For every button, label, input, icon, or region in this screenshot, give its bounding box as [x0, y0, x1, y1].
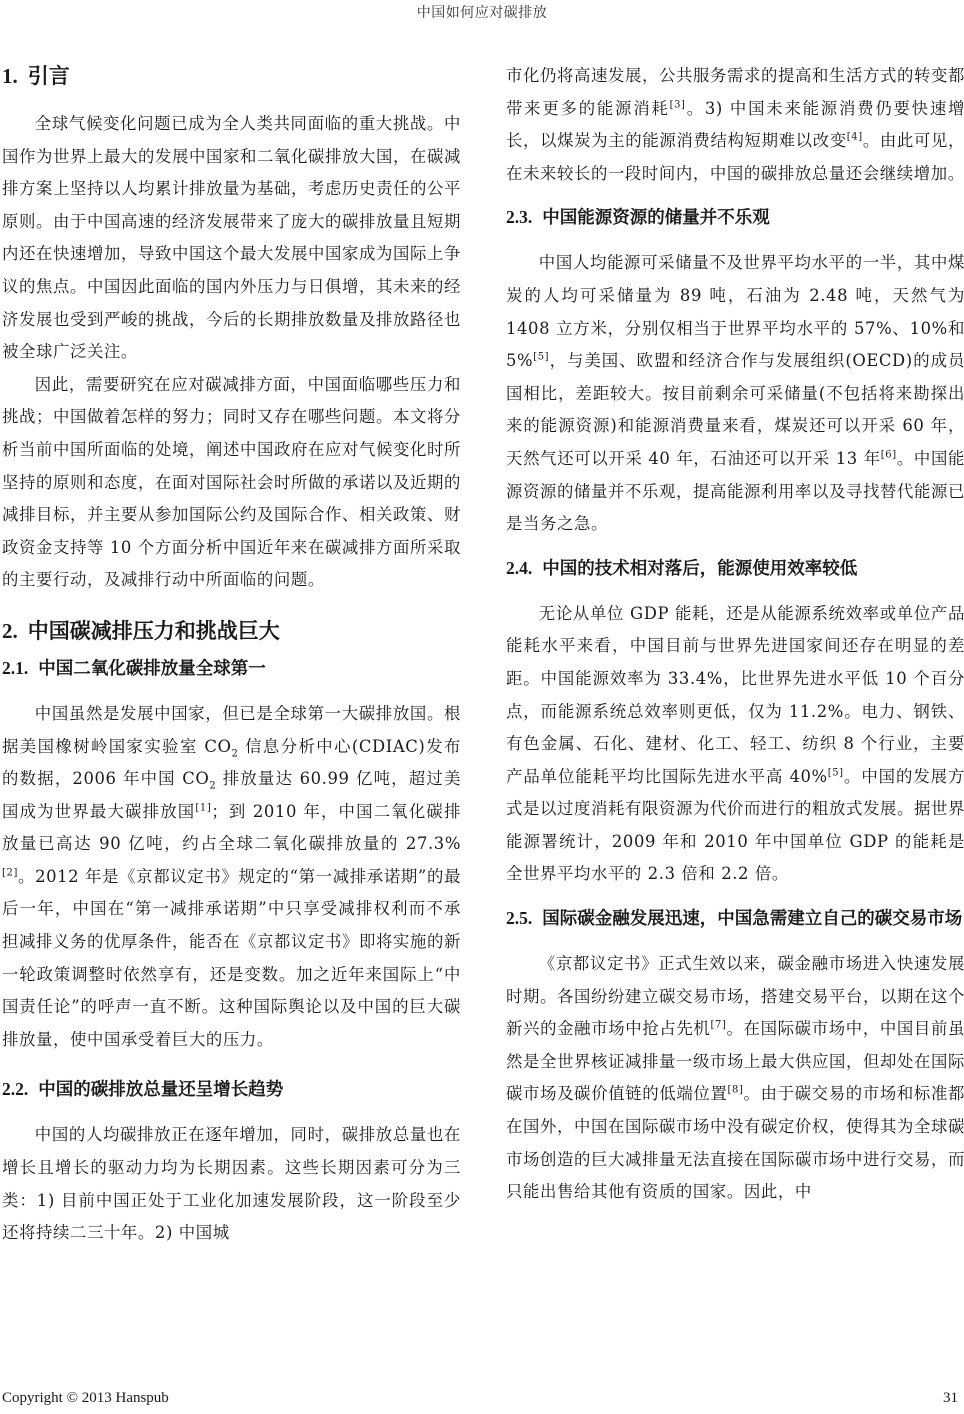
- section-title: 中国能源资源的储量并不乐观: [542, 208, 770, 228]
- section-title: 引言: [28, 64, 70, 88]
- section-title: 国际碳金融发展迅速，中国急需建立自己的碳交易市场: [542, 909, 962, 929]
- running-header-title: 中国如何应对碳排放: [0, 2, 964, 22]
- section-number: 2.2.: [2, 1079, 28, 1099]
- section-1-paragraph-1: 全球气候变化问题已成为全人类共同面临的重大挑战。中国作为世界上最大的发展中国家和…: [2, 108, 461, 369]
- section-title: 中国碳减排压力和挑战巨大: [28, 619, 280, 643]
- section-2-2-heading: 2.2.中国的碳排放总量还呈增长趋势: [2, 1074, 461, 1105]
- section-number: 2.1.: [2, 658, 28, 678]
- citation-ref[interactable]: [7]: [710, 1020, 726, 1031]
- citation-ref[interactable]: [4]: [847, 132, 863, 143]
- footer-copyright: Copyright © 2013 Hanspub: [2, 1390, 169, 1407]
- section-title: 中国二氧化碳排放量全球第一: [38, 659, 266, 679]
- section-2-1-heading: 2.1.中国二氧化碳排放量全球第一: [2, 653, 461, 684]
- citation-ref[interactable]: [2]: [2, 867, 18, 878]
- citation-ref[interactable]: [6]: [881, 449, 897, 460]
- section-1-heading: 1.引言: [2, 62, 461, 90]
- section-number: 2.: [2, 619, 18, 643]
- section-2-5-heading: 2.5.国际碳金融发展迅速，中国急需建立自己的碳交易市场: [506, 903, 964, 934]
- subscript: 2: [232, 748, 239, 759]
- citation-ref[interactable]: [5]: [828, 767, 844, 778]
- section-title: 中国的碳排放总量还呈增长趋势: [38, 1080, 283, 1100]
- section-2-3-heading: 2.3.中国能源资源的储量并不乐观: [506, 202, 964, 233]
- section-2-heading: 2.中国碳减排压力和挑战巨大: [2, 617, 461, 645]
- section-2-2-paragraph-start: 中国的人均碳排放正在逐年增加，同时，碳排放总量也在增长且增长的驱动力均为长期因素…: [2, 1119, 461, 1249]
- page-number: 31: [943, 1390, 958, 1407]
- left-column: 1.引言 全球气候变化问题已成为全人类共同面临的重大挑战。中国作为世界上最大的发…: [2, 52, 461, 1250]
- section-2-2-paragraph-continued: 市化仍将高速发展，公共服务需求的提高和生活方式的转变都带来更多的能源消耗[3]。…: [506, 60, 964, 190]
- text-run: 。2012 年是《京都议定书》规定的“第一减排承诺期”的最后一年，中国在“第一减…: [2, 867, 461, 1049]
- citation-ref[interactable]: [1]: [195, 802, 211, 813]
- citation-ref[interactable]: [3]: [670, 99, 686, 110]
- section-2-3-paragraph: 中国人均能源可采储量不及世界平均水平的一半，其中煤炭的人均可采储量为 89 吨，…: [506, 247, 964, 540]
- section-number: 2.4.: [506, 558, 532, 578]
- section-number: 1.: [2, 64, 18, 88]
- section-1-paragraph-2: 因此，需要研究在应对碳减排方面，中国面临哪些压力和挑战；中国做着怎样的努力；同时…: [2, 369, 461, 597]
- section-2-4-heading: 2.4.中国的技术相对落后，能源使用效率较低: [506, 553, 964, 584]
- section-number: 2.3.: [506, 207, 532, 227]
- citation-ref[interactable]: [5]: [533, 352, 549, 363]
- section-2-1-paragraph: 中国虽然是发展中国家，但已是全球第一大碳排放国。根据美国橡树岭国家实验室 CO2…: [2, 698, 461, 1057]
- section-2-4-paragraph: 无论从单位 GDP 能耗，还是从能源系统效率或单位产品能耗水平来看，中国目前与世…: [506, 598, 964, 891]
- citation-ref[interactable]: [8]: [728, 1085, 744, 1096]
- section-number: 2.5.: [506, 908, 532, 928]
- section-title: 中国的技术相对落后，能源使用效率较低: [542, 559, 857, 579]
- right-column: 市化仍将高速发展，公共服务需求的提高和生活方式的转变都带来更多的能源消耗[3]。…: [506, 60, 964, 1209]
- section-2-5-paragraph: 《京都议定书》正式生效以来，碳金融市场进入快速发展时期。各国纷纷建立碳交易市场，…: [506, 948, 964, 1209]
- text-run: 无论从单位 GDP 能耗，还是从能源系统效率或单位产品能耗水平来看，中国目前与世…: [506, 604, 964, 786]
